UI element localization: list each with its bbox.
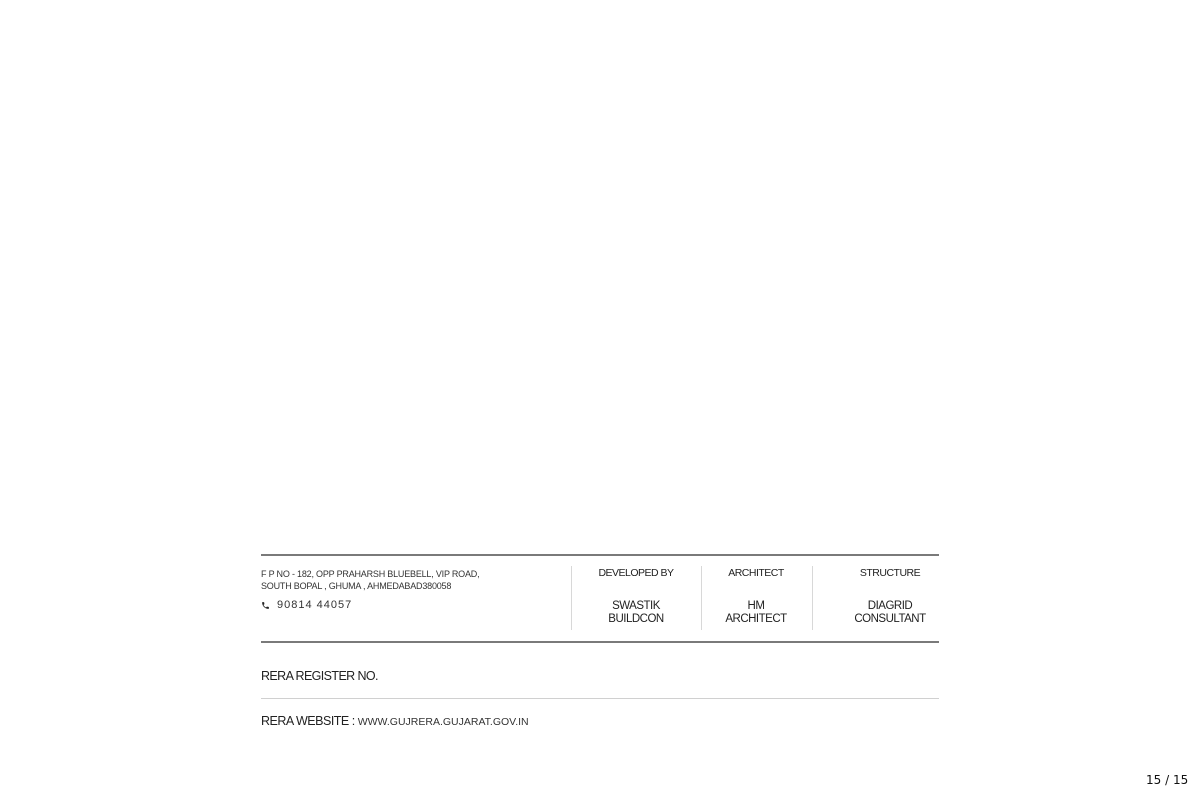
- structure-column: STRUCTURE DIAGRID CONSULTANT: [835, 566, 945, 626]
- column-divider: [812, 566, 813, 630]
- developer-column: DEVELOPED BY SWASTIK BUILDCON: [581, 566, 691, 626]
- address-line-1: F P NO - 182, OPP PRAHARSH BLUEBELL, VIP…: [261, 568, 479, 580]
- address-line-2: SOUTH BOPAL , GHUMA , AHMEDABAD380058: [261, 580, 479, 592]
- architect-heading: ARCHITECT: [706, 566, 806, 580]
- rera-website-label: RERA WEBSITE :: [261, 714, 355, 728]
- structure-name: DIAGRID CONSULTANT: [835, 600, 945, 626]
- top-divider: [261, 554, 939, 556]
- rera-register-label: RERA REGISTER NO.: [261, 669, 378, 683]
- phone-icon: [261, 601, 270, 610]
- address-block: F P NO - 182, OPP PRAHARSH BLUEBELL, VIP…: [261, 568, 479, 592]
- middle-divider: [261, 641, 939, 643]
- rera-website-row: RERA WEBSITE : WWW.GUJRERA.GUJARAT.GOV.I…: [261, 714, 529, 728]
- rera-divider: [261, 698, 939, 699]
- architect-name: HM ARCHITECT: [706, 600, 806, 626]
- structure-heading: STRUCTURE: [835, 566, 945, 580]
- phone-row: 90814 44057: [261, 599, 352, 611]
- phone-number: 90814 44057: [277, 599, 352, 611]
- architect-column: ARCHITECT HM ARCHITECT: [706, 566, 806, 626]
- column-divider: [571, 566, 572, 630]
- page-indicator: 15 / 15: [1146, 773, 1188, 787]
- developer-name: SWASTIK BUILDCON: [581, 600, 691, 626]
- developer-heading: DEVELOPED BY: [581, 566, 691, 580]
- column-divider: [701, 566, 702, 630]
- rera-website-link[interactable]: WWW.GUJRERA.GUJARAT.GOV.IN: [358, 716, 529, 728]
